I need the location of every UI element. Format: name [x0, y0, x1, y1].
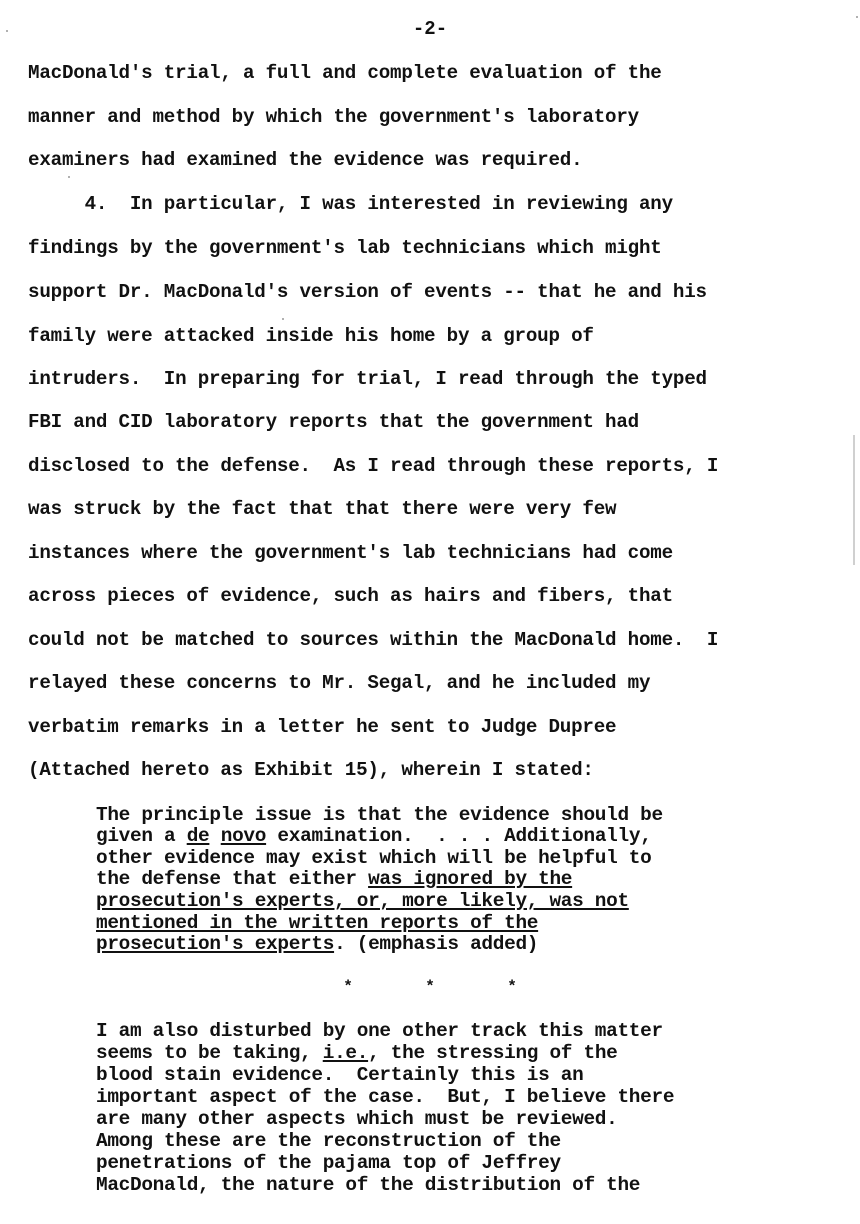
scan-speck: [856, 16, 858, 18]
body-line: verbatim remarks in a letter he sent to …: [28, 716, 616, 738]
underlined-text: mentioned in the written reports of the: [96, 912, 538, 934]
body-line: examiners had examined the evidence was …: [28, 149, 582, 171]
body-line: MacDonald's trial, a full and complete e…: [28, 62, 662, 84]
body-line: family were attacked inside his home by …: [28, 325, 594, 347]
quote-line: the defense that either was ignored by t…: [96, 869, 572, 890]
underlined-text: prosecution's experts, or, more likely, …: [96, 890, 629, 912]
quote-text: the defense that either: [96, 868, 368, 890]
quote-line: I am also disturbed by one other track t…: [96, 1021, 663, 1042]
underlined-text: prosecution's experts: [96, 933, 334, 955]
quote-line: penetrations of the pajama top of Jeffre…: [96, 1153, 561, 1174]
body-line: could not be matched to sources within t…: [28, 629, 718, 651]
body-line: intruders. In preparing for trial, I rea…: [28, 368, 707, 390]
body-line: disclosed to the defense. As I read thro…: [28, 455, 718, 477]
body-line: FBI and CID laboratory reports that the …: [28, 411, 639, 433]
quote-line: Among these are the reconstruction of th…: [96, 1131, 561, 1152]
body-line: (Attached hereto as Exhibit 15), wherein…: [28, 759, 594, 781]
body-line: was struck by the fact that that there w…: [28, 498, 616, 520]
body-line: relayed these concerns to Mr. Segal, and…: [28, 672, 650, 694]
paragraph-4-start: 4. In particular, I was interested in re…: [28, 193, 673, 215]
body-line: instances where the government's lab tec…: [28, 542, 673, 564]
quote-line: MacDonald, the nature of the distributio…: [96, 1175, 640, 1196]
quote-text: examination. . . . Additionally,: [266, 825, 651, 847]
quote-line: prosecution's experts. (emphasis added): [96, 934, 538, 955]
quote-line: prosecution's experts, or, more likely, …: [96, 891, 629, 912]
quote-text: given a: [96, 825, 187, 847]
quote-text: , the stressing of the: [368, 1042, 617, 1064]
scan-speck: [68, 176, 70, 178]
quote-line: other evidence may exist which will be h…: [96, 848, 651, 869]
underlined-text: i.e.: [323, 1042, 368, 1064]
page-number: -2-: [0, 18, 860, 40]
document-page: -2- MacDonald's trial, a full and comple…: [0, 0, 860, 1224]
body-line: support Dr. MacDonald's version of event…: [28, 281, 707, 303]
section-separator: ***: [0, 978, 860, 996]
quote-text: . (emphasis added): [334, 933, 538, 955]
quote-text: seems to be taking,: [96, 1042, 323, 1064]
quote-line: seems to be taking, i.e., the stressing …: [96, 1043, 618, 1064]
underlined-text: de: [187, 825, 210, 847]
asterisk: *: [471, 978, 553, 996]
quote-line: important aspect of the case. But, I bel…: [96, 1087, 674, 1108]
underlined-text: was ignored by the: [368, 868, 572, 890]
body-line: findings by the government's lab technic…: [28, 237, 662, 259]
quote-line: mentioned in the written reports of the: [96, 913, 538, 934]
quote-line: blood stain evidence. Certainly this is …: [96, 1065, 583, 1086]
scan-speck: [6, 30, 8, 32]
quote-line: are many other aspects which must be rev…: [96, 1109, 617, 1130]
body-line: manner and method by which the governmen…: [28, 106, 639, 128]
scan-margin-line: [853, 435, 855, 565]
quote-text: [209, 825, 220, 847]
asterisk: *: [389, 978, 471, 996]
body-line: across pieces of evidence, such as hairs…: [28, 585, 673, 607]
asterisk: *: [307, 978, 389, 996]
scan-speck: [282, 318, 284, 320]
quote-line: given a de novo examination. . . . Addit…: [96, 826, 652, 847]
underlined-text: novo: [221, 825, 266, 847]
quote-line: The principle issue is that the evidence…: [96, 805, 663, 826]
